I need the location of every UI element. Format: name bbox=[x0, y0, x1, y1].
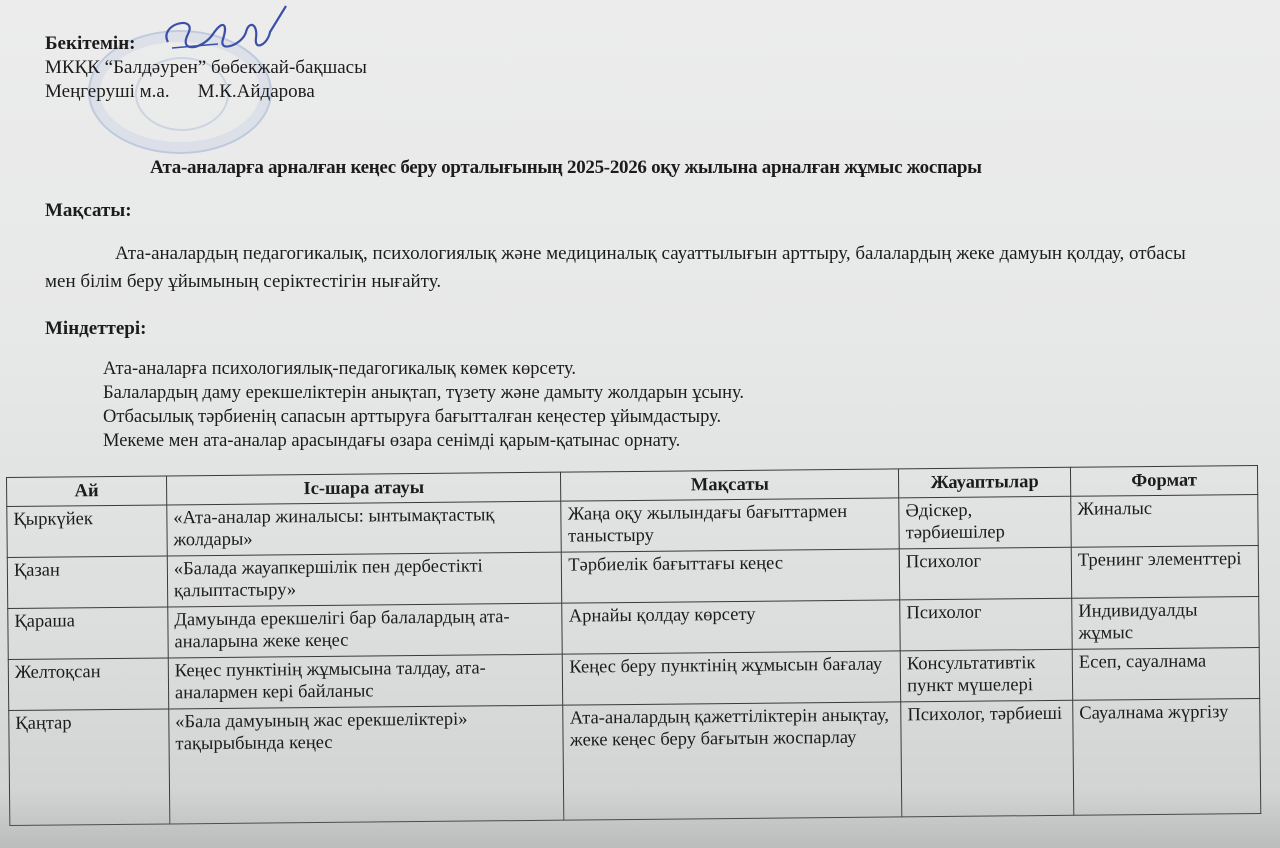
header-responsible: Жауаптылар bbox=[899, 467, 1071, 498]
cell-event: Дамуында ерекшелігі бар балалардың ата-а… bbox=[168, 603, 563, 658]
cell-format: Индивидуалды жұмыс bbox=[1072, 596, 1259, 649]
cell-event: «Ата-аналар жиналысы: ынтымақтастық жолд… bbox=[167, 501, 562, 556]
cell-month: Желтоқсан bbox=[8, 658, 168, 711]
header-purpose: Мақсаты bbox=[561, 469, 899, 501]
cell-purpose: Кеңес беру пунктінің жұмысын бағалау bbox=[563, 651, 901, 705]
header-month: Ай bbox=[7, 476, 167, 507]
cell-responsible: Әдіскер, тәрбиешілер bbox=[899, 496, 1071, 549]
cell-event: «Балада жауапкершілік пен дербестікті қа… bbox=[167, 552, 562, 607]
task-item: Балалардың даму ерекшеліктерін анықтап, … bbox=[103, 381, 744, 405]
task-item: Отбасылық тәрбиенің сапасын арттыруға ба… bbox=[103, 405, 744, 429]
cell-responsible: Психолог bbox=[899, 547, 1071, 600]
approval-heading: Бекітемін: bbox=[45, 32, 367, 56]
head-name: М.К.Айдарова bbox=[198, 81, 315, 102]
cell-month: Қараша bbox=[8, 607, 168, 660]
cell-format: Тренинг элементтері bbox=[1071, 545, 1258, 598]
head-position: Меңгеруші м.а. bbox=[45, 81, 170, 102]
task-item: Мекеме мен ата-аналар арасындағы өзара с… bbox=[103, 429, 744, 453]
cell-responsible: Консультативтік пункт мүшелері bbox=[900, 649, 1072, 702]
tasks-heading: Міндеттері: bbox=[45, 318, 146, 340]
cell-responsible: Психолог bbox=[900, 598, 1072, 651]
header-event: Іс-шара атауы bbox=[166, 472, 561, 505]
cell-purpose: Тәрбиелік бағыттағы кеңес bbox=[562, 549, 900, 603]
task-item: Ата-аналарға психологиялық-педагогикалық… bbox=[103, 357, 744, 381]
cell-purpose: Жаңа оқу жылындағы бағыттармен таныстыру bbox=[561, 498, 899, 552]
approval-block: Бекітемін: МКҚК “Балдәурен” бөбекжай-бақ… bbox=[45, 32, 367, 104]
header-format: Формат bbox=[1071, 465, 1258, 496]
cell-event: Кеңес пунктінің жұмысына талдау, ата-ана… bbox=[168, 654, 563, 709]
page-shadow bbox=[0, 790, 1280, 848]
work-plan-table: Ай Іс-шара атауы Мақсаты Жауаптылар Форм… bbox=[6, 465, 1261, 826]
organization-name: МКҚК “Балдәурен” бөбекжай-бақшасы bbox=[45, 56, 367, 80]
document-page: Бекітемін: МКҚК “Балдәурен” бөбекжай-бақ… bbox=[0, 0, 1280, 848]
cell-purpose: Арнайы қолдау көрсету bbox=[562, 600, 900, 654]
document-title: Ата-аналарға арналған кеңес беру орталығ… bbox=[150, 157, 982, 179]
tasks-list: Ата-аналарға психологиялық-педагогикалық… bbox=[103, 357, 744, 453]
head-signature-line: Меңгеруші м.а.М.К.Айдарова bbox=[45, 80, 367, 104]
cell-month: Қазан bbox=[7, 556, 167, 609]
goal-text: Ата-аналардың педагогикалық, психологиял… bbox=[45, 240, 1215, 296]
cell-format: Есеп, сауалнама bbox=[1072, 647, 1259, 700]
goal-heading: Мақсаты: bbox=[45, 200, 132, 222]
cell-month: Қыркүйек bbox=[7, 505, 167, 558]
cell-format: Жиналыс bbox=[1071, 494, 1258, 547]
